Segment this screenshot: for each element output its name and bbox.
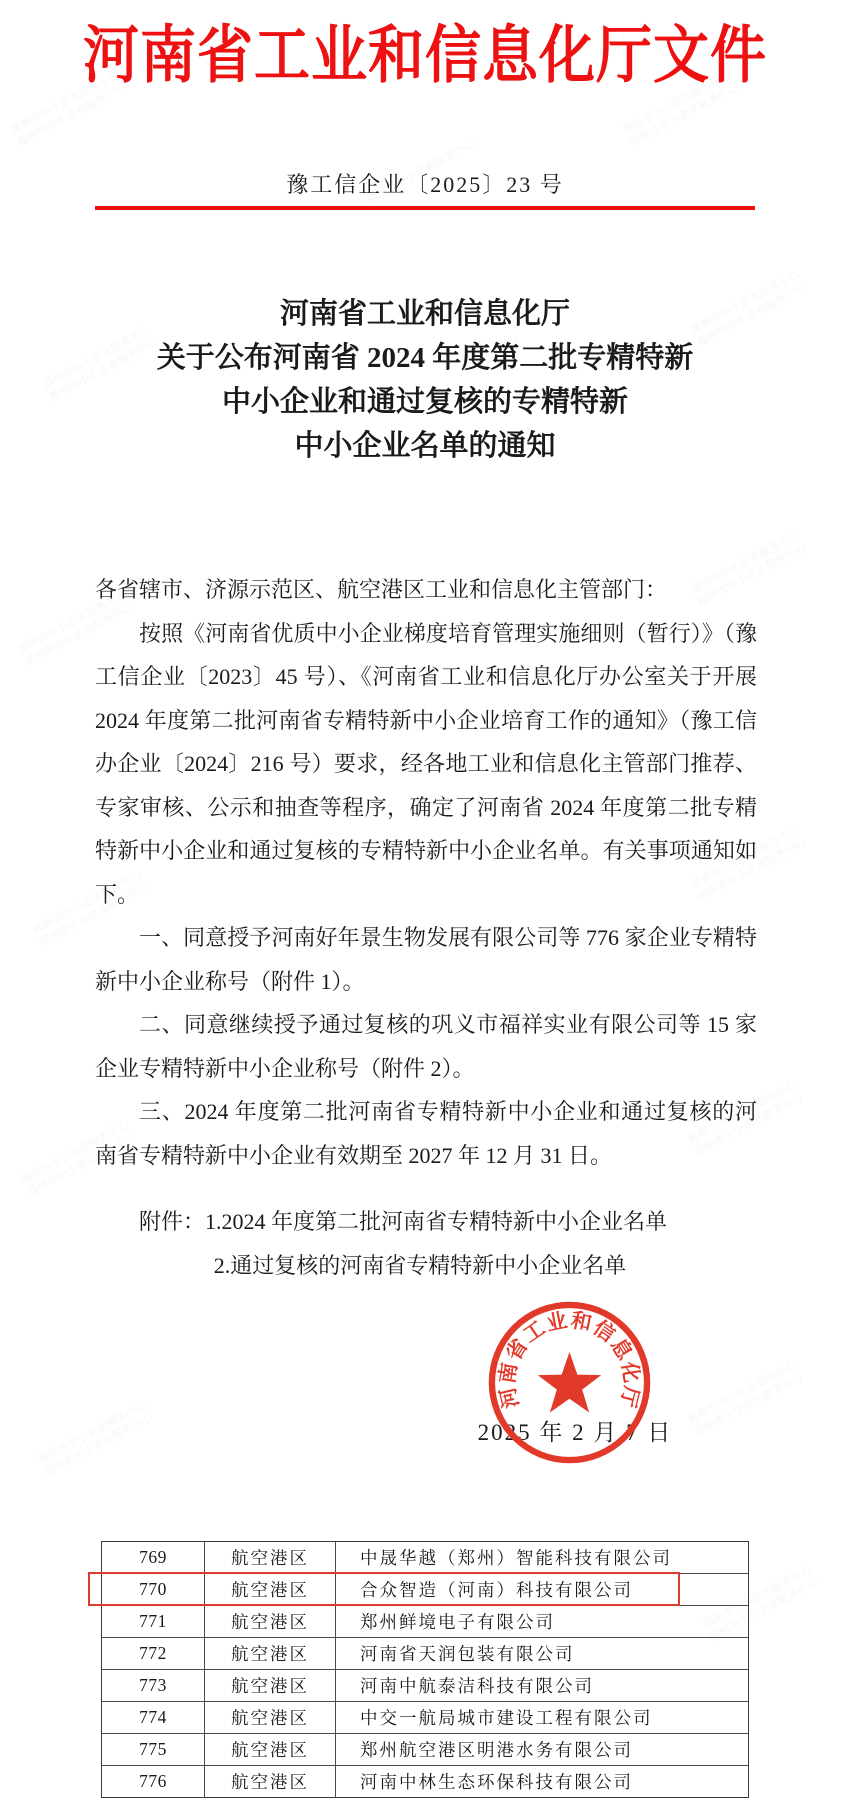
row-number: 771 (102, 1606, 205, 1637)
row-district: 航空港区 (205, 1638, 336, 1669)
notice-title-line: 河南省工业和信息化厅 (0, 292, 850, 336)
highlight-box-row-770 (88, 1572, 680, 1606)
letterhead-title: 河南省工业和信息化厅文件 (0, 6, 850, 96)
notice-title-line: 关于公布河南省 2024 年度第二批专精特新 (0, 336, 850, 380)
notice-body: 各省辖市、济源示范区、航空港区工业和信息化主管部门： 按照《河南省优质中小企业梯… (95, 568, 757, 1177)
row-number: 776 (102, 1766, 205, 1797)
body-paragraph: 三、2024 年度第二批河南省专精特新中小企业和通过复核的河南省专精特新中小企业… (95, 1090, 757, 1177)
row-district: 航空港区 (205, 1542, 336, 1573)
row-district: 航空港区 (205, 1606, 336, 1637)
row-company: 郑州航空港区明港水务有限公司 (336, 1734, 748, 1765)
row-district: 航空港区 (205, 1734, 336, 1765)
row-company: 郑州鲜境电子有限公司 (336, 1606, 748, 1637)
table-row: 772 航空港区 河南省天润包装有限公司 (102, 1637, 748, 1669)
body-paragraph: 一、同意授予河南好年景生物发展有限公司等 776 家企业专精特新中小企业称号（附… (95, 916, 757, 1003)
row-company: 河南省天润包装有限公司 (336, 1638, 748, 1669)
row-number: 775 (102, 1734, 205, 1765)
table-row: 773 航空港区 河南中航泰洁科技有限公司 (102, 1669, 748, 1701)
row-number: 769 (102, 1542, 205, 1573)
seal-star-icon (538, 1352, 601, 1412)
row-number: 774 (102, 1702, 205, 1733)
row-company: 中交一航局城市建设工程有限公司 (336, 1702, 748, 1733)
row-district: 航空港区 (205, 1702, 336, 1733)
table-row: 775 航空港区 郑州航空港区明港水务有限公司 (102, 1733, 748, 1765)
table-row: 774 航空港区 中交一航局城市建设工程有限公司 (102, 1701, 748, 1733)
row-company: 河南中林生态环保科技有限公司 (336, 1766, 748, 1797)
letterhead-divider (95, 206, 755, 210)
row-number: 773 (102, 1670, 205, 1701)
attachments-label: 附件： (139, 1209, 205, 1234)
table-row: 776 航空港区 河南中林生态环保科技有限公司 (102, 1765, 748, 1797)
row-company: 河南中航泰洁科技有限公司 (336, 1670, 748, 1701)
attachments-block: 附件：1.2024 年度第二批河南省专精特新中小企业名单 2.通过复核的河南省专… (95, 1200, 757, 1287)
row-district: 航空港区 (205, 1766, 336, 1797)
notice-title-line: 中小企业和通过复核的专精特新 (0, 380, 850, 424)
body-paragraph: 二、同意继续授予通过复核的巩义市福祥实业有限公司等 15 家企业专精特新中小企业… (95, 1003, 757, 1090)
row-company: 中晟华越（郑州）智能科技有限公司 (336, 1542, 748, 1573)
watermark-text: 郑州市中小企业服务中心郑州市中小企业服务中心 (36, 1398, 156, 1480)
row-district: 航空港区 (205, 1670, 336, 1701)
official-seal: 河南省工业和信息化厅 (486, 1299, 653, 1466)
document-number: 豫工信企业〔2025〕23 号 (0, 168, 850, 199)
body-paragraph: 按照《河南省优质中小企业梯度培育管理实施细则（暂行）》（豫工信企业〔2023〕4… (95, 612, 757, 917)
table-row: 769 航空港区 中晟华越（郑州）智能科技有限公司 (102, 1542, 748, 1573)
notice-title: 河南省工业和信息化厅 关于公布河南省 2024 年度第二批专精特新 中小企业和通… (0, 292, 850, 468)
notice-title-line: 中小企业名单的通知 (0, 424, 850, 468)
table-row: 771 航空港区 郑州鲜境电子有限公司 (102, 1605, 748, 1637)
document-page: 郑州市中小企业服务中心郑州市中小企业服务中心 郑州市中小企业服务中心郑州市中小企… (0, 0, 850, 1804)
salutation: 各省辖市、济源示范区、航空港区工业和信息化主管部门： (95, 568, 757, 612)
attachment-item: 2.通过复核的河南省专精特新中小企业名单 (214, 1244, 757, 1288)
attachment-item: 附件：1.2024 年度第二批河南省专精特新中小企业名单 (139, 1200, 757, 1244)
row-number: 772 (102, 1638, 205, 1669)
